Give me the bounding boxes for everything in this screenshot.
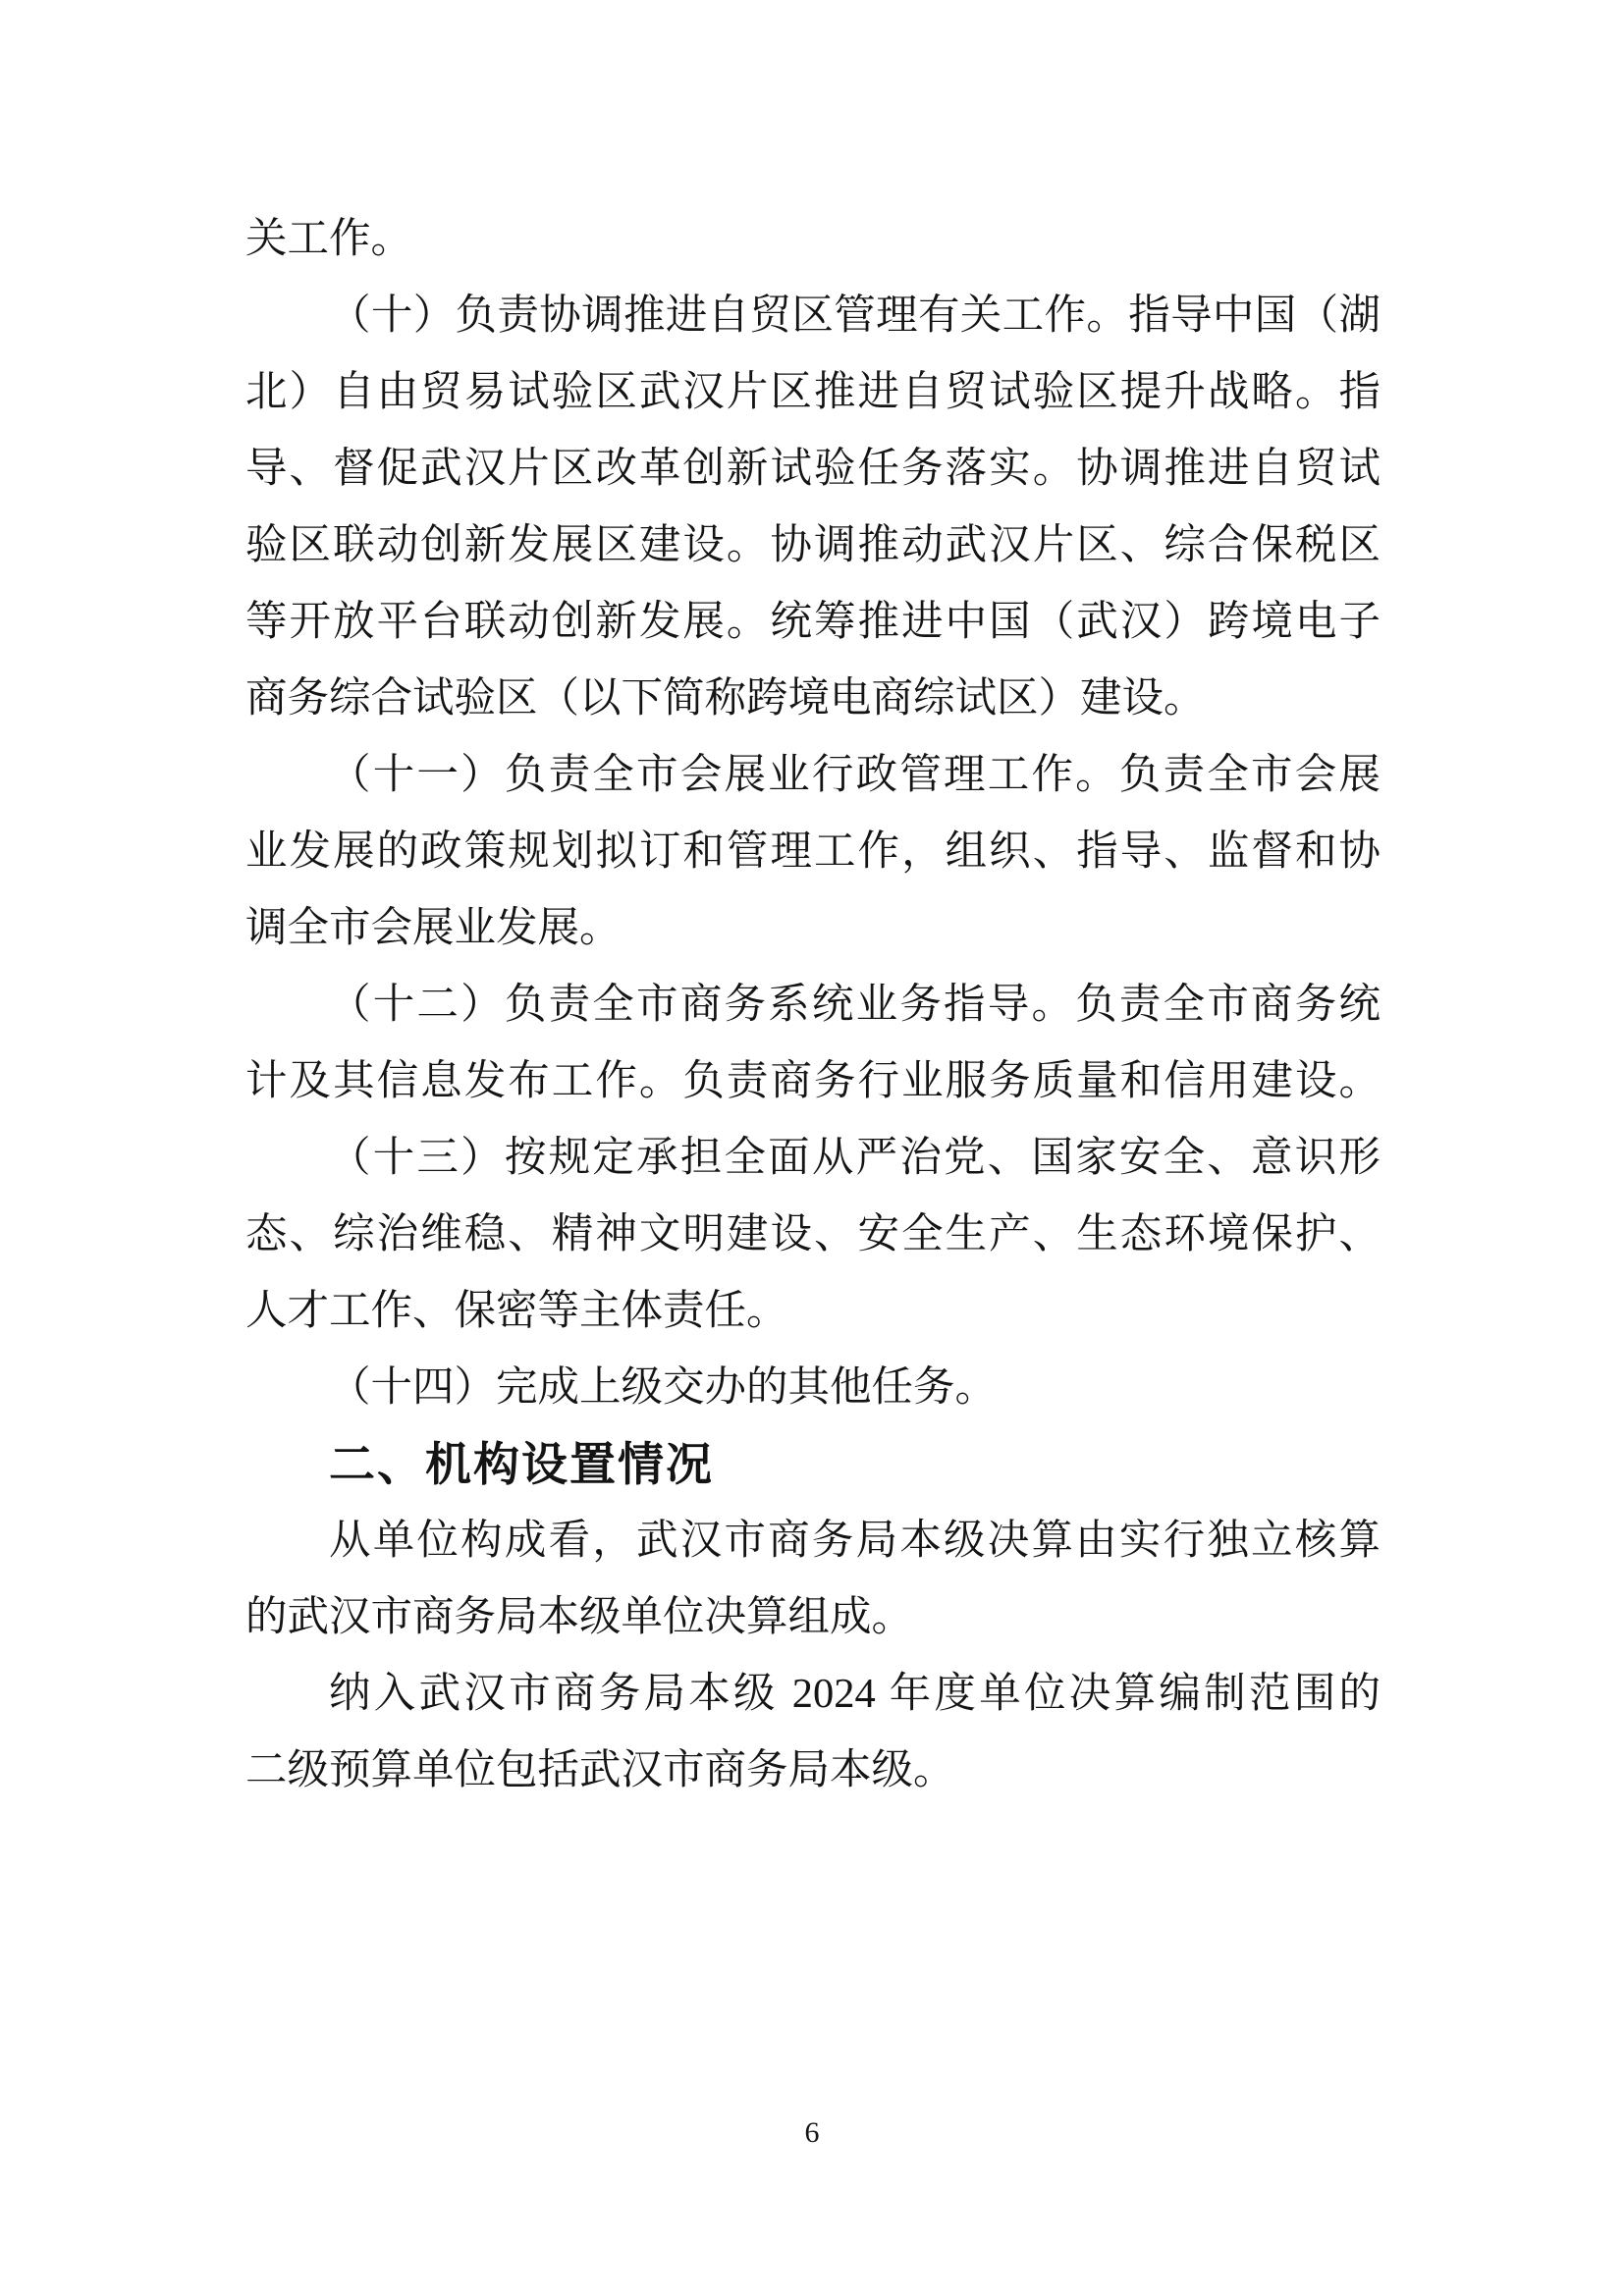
text-line: 人才工作、保密等主体责任。 — [245, 1273, 1380, 1350]
document-page: 关工作。 （十）负责协调推进自贸区管理有关工作。指导中国（湖 北）自由贸易试验区… — [0, 0, 1624, 2296]
text-line: 计及其信息发布工作。负责商务行业服务质量和信用建设。 — [245, 1043, 1380, 1120]
text-line: （十四）完成上级交办的其他任务。 — [245, 1350, 1380, 1426]
text-line: 验区联动创新发展区建设。协调推动武汉片区、综合保税区 — [245, 507, 1380, 584]
text-line: 北）自由贸易试验区武汉片区推进自贸试验区提升战略。指 — [245, 354, 1380, 431]
text-line: （十二）负责全市商务系统业务指导。负责全市商务统 — [245, 967, 1380, 1043]
text-line: 关工作。 — [245, 201, 1380, 278]
text-line: 导、督促武汉片区改革创新试验任务落实。协调推进自贸试 — [245, 431, 1380, 507]
page-number: 6 — [0, 2116, 1624, 2150]
section-heading: 二、机构设置情况 — [245, 1426, 1380, 1503]
text-line: （十三）按规定承担全面从严治党、国家安全、意识形 — [245, 1120, 1380, 1197]
text-line: （十一）负责全市会展业行政管理工作。负责全市会展 — [245, 737, 1380, 814]
document-body: 关工作。 （十）负责协调推进自贸区管理有关工作。指导中国（湖 北）自由贸易试验区… — [245, 201, 1380, 1809]
text-line: 二级预算单位包括武汉市商务局本级。 — [245, 1733, 1380, 1809]
text-line: 等开放平台联动创新发展。统筹推进中国（武汉）跨境电子 — [245, 584, 1380, 661]
text-line: 纳入武汉市商务局本级 2024 年度单位决算编制范围的 — [245, 1656, 1380, 1733]
text-line: 态、综治维稳、精神文明建设、安全生产、生态环境保护、 — [245, 1197, 1380, 1273]
text-line: 调全市会展业发展。 — [245, 890, 1380, 967]
text-line: 从单位构成看，武汉市商务局本级决算由实行独立核算 — [245, 1503, 1380, 1579]
text-line: 商务综合试验区（以下简称跨境电商综试区）建设。 — [245, 661, 1380, 737]
text-line: 业发展的政策规划拟订和管理工作，组织、指导、监督和协 — [245, 814, 1380, 890]
text-line: （十）负责协调推进自贸区管理有关工作。指导中国（湖 — [245, 278, 1380, 354]
text-line: 的武汉市商务局本级单位决算组成。 — [245, 1579, 1380, 1656]
